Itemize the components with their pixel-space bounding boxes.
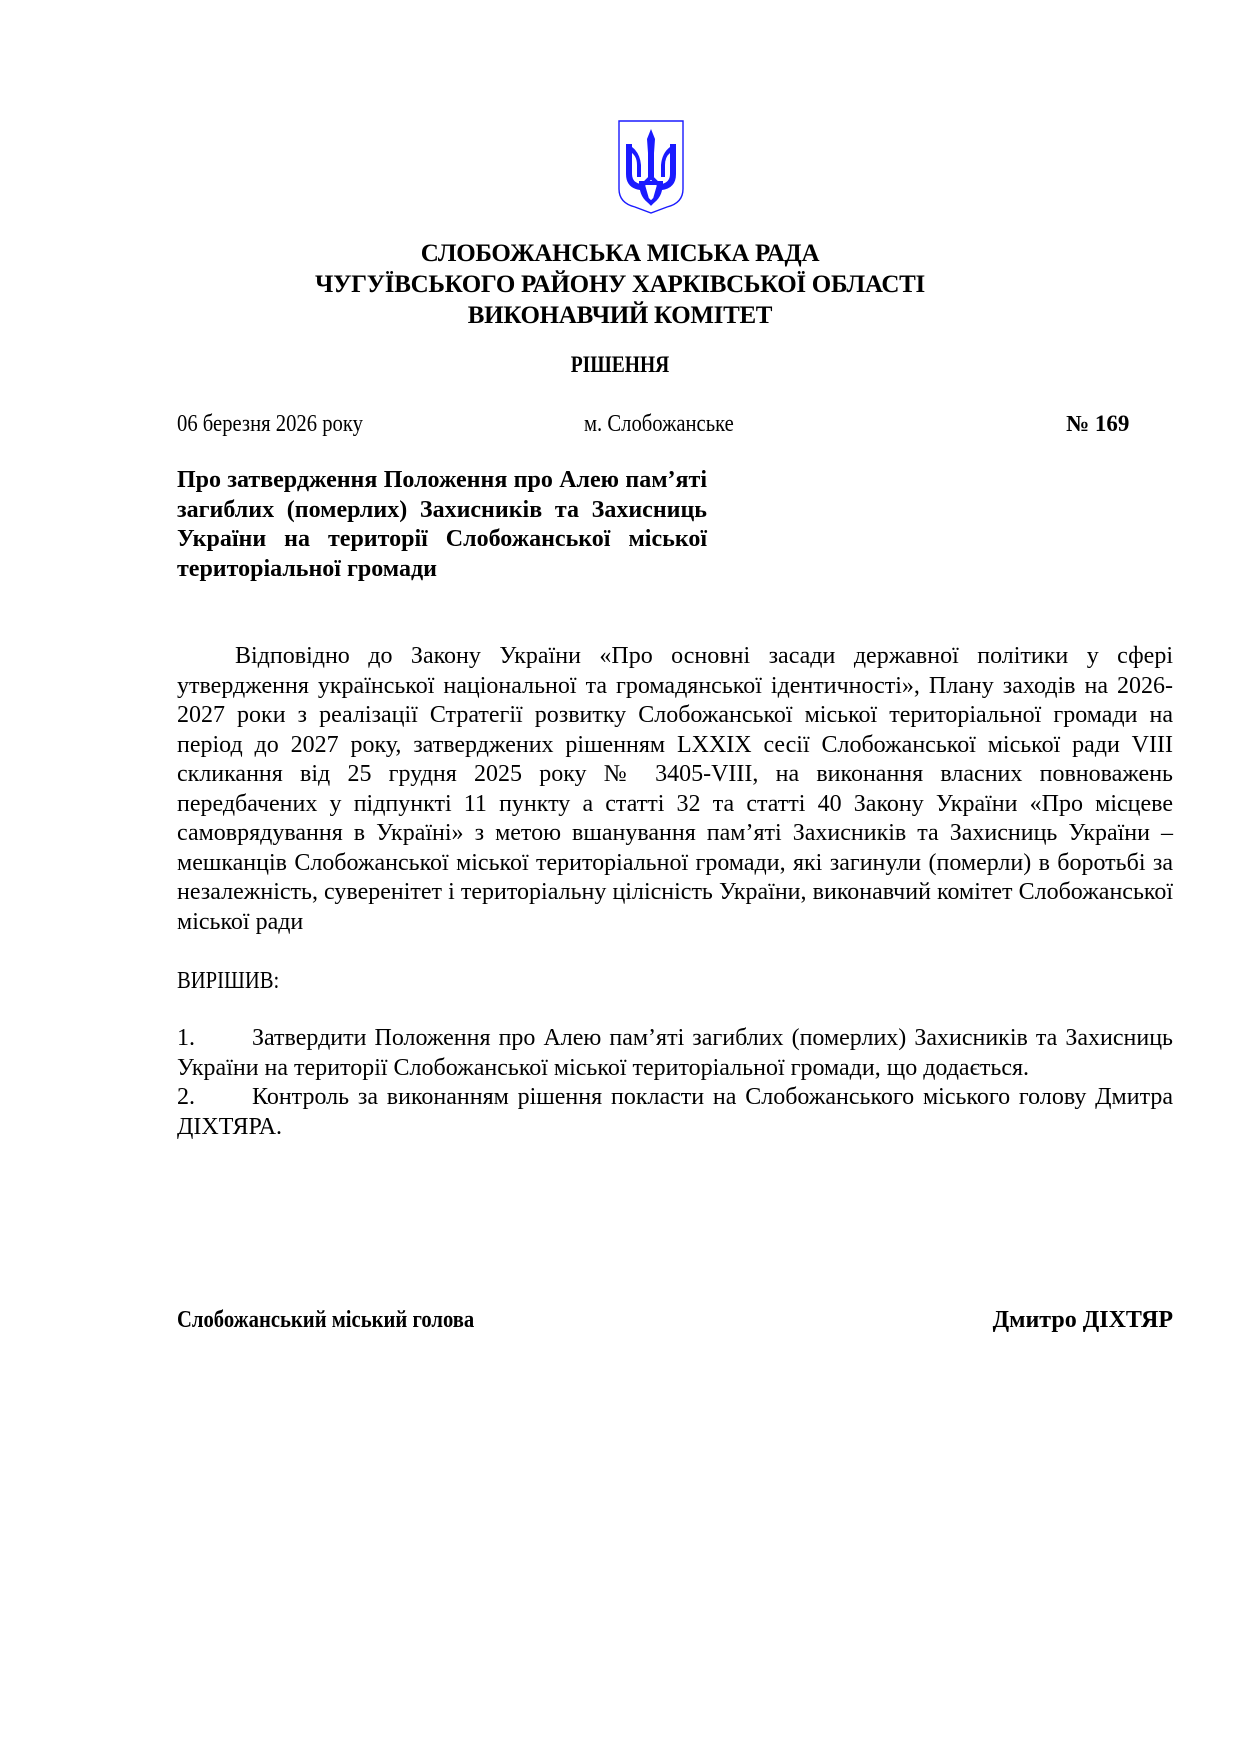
signatory-name: Дмитро ДІХТЯР <box>993 1307 1173 1334</box>
document-type-title: РІШЕННЯ <box>93 352 1147 378</box>
decision-number: № 169 <box>1066 410 1129 438</box>
item-text: Затвердити Положення про Алею пам’яті за… <box>177 1025 1173 1081</box>
decision-subject: Про затвердження Положення про Алею пам’… <box>177 466 707 584</box>
item-number: 1. <box>177 1024 252 1054</box>
header-council-name: СЛОБОЖАНСЬКА МІСЬКА РАДА <box>0 238 1240 269</box>
resolution-item: 1.Затвердити Положення про Алею пам’яті … <box>177 1024 1173 1083</box>
preamble-section: Відповідно до Закону України «Про основн… <box>177 642 1173 937</box>
decision-city: м. Слобожанське <box>584 410 734 438</box>
organization-header: СЛОБОЖАНСЬКА МІСЬКА РАДА ЧУГУЇВСЬКОГО РА… <box>0 238 1240 331</box>
resolution-items: 1.Затвердити Положення про Алею пам’яті … <box>177 1024 1173 1142</box>
decision-date: 06 березня 2026 року <box>177 410 363 438</box>
header-committee-name: ВИКОНАВЧИЙ КОМІТЕТ <box>0 300 1240 331</box>
resolved-label: ВИРІШИВ: <box>177 968 279 995</box>
ukraine-trident-emblem-icon <box>617 119 685 215</box>
document-page: СЛОБОЖАНСЬКА МІСЬКА РАДА ЧУГУЇВСЬКОГО РА… <box>0 0 1240 1754</box>
header-district-name: ЧУГУЇВСЬКОГО РАЙОНУ ХАРКІВСЬКОЇ ОБЛАСТІ <box>0 269 1240 300</box>
resolution-item: 2.Контроль за виконанням рішення покласт… <box>177 1083 1173 1142</box>
preamble-paragraph: Відповідно до Закону України «Про основн… <box>177 642 1173 937</box>
signatory-title: Слобожанський міський голова <box>177 1307 474 1334</box>
item-number: 2. <box>177 1083 252 1113</box>
item-text: Контроль за виконанням рішення покласти … <box>177 1084 1173 1140</box>
